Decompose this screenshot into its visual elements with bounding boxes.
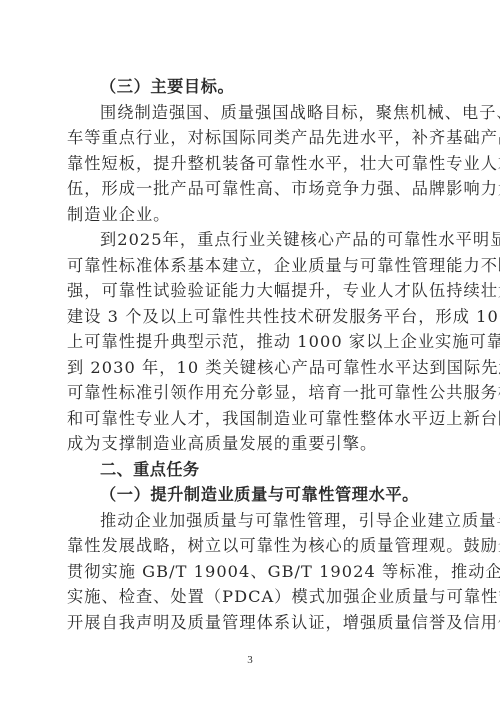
text-line: 伍，形成一批产品可靠性高、市场竞争力强、品牌影响力大的 <box>67 176 433 202</box>
text-line: 到 2030 年，10 类关键核心产品可靠性水平达到国际先进水平， <box>67 355 433 381</box>
text-line: 可靠性标准引领作用充分彰显，培育一批可靠性公共服务机构 <box>67 380 433 406</box>
subsection-heading-quality-management: （一）提升制造业质量与可靠性管理水平。 <box>67 482 433 508</box>
text-line: 成为支撑制造业高质量发展的重要引擎。 <box>67 431 433 457</box>
text-line: 车等重点行业，对标国际同类产品先进水平，补齐基础产品可 <box>67 125 433 151</box>
text-line: 靠性短板，提升整机装备可靠性水平，壮大可靠性专业人才队 <box>67 151 433 177</box>
text-line: 制造业企业。 <box>67 202 433 228</box>
text-line: 建设 3 个及以上可靠性共性技术研发服务平台，形成 100 个以 <box>67 304 433 330</box>
text-line: 上可靠性提升典型示范，推动 1000 家以上企业实施可靠性提升。 <box>67 329 433 355</box>
text-line: 可靠性标准体系基本建立，企业质量与可靠性管理能力不断增 <box>67 253 433 279</box>
paragraph-quality-management: 推动企业加强质量与可靠性管理，引导企业建立质量与可 靠性发展战略，树立以可靠性为… <box>67 508 433 636</box>
text-line: 靠性发展战略，树立以可靠性为核心的质量管理观。鼓励企业 <box>67 533 433 559</box>
text-line: 开展自我声明及质量管理体系认证，增强质量信誉及信用信息 <box>67 610 433 636</box>
paragraph-goals-overview: 围绕制造强国、质量强国战略目标，聚焦机械、电子、汽 车等重点行业，对标国际同类产… <box>67 100 433 228</box>
text-line: 和可靠性专业人才，我国制造业可靠性整体水平迈上新台阶， <box>67 406 433 432</box>
text-line: 强，可靠性试验验证能力大幅提升，专业人才队伍持续壮大。 <box>67 278 433 304</box>
section-heading-main-goals: （三）主要目标。 <box>67 74 433 100</box>
section-heading-key-tasks: 二、重点任务 <box>67 457 433 483</box>
text-line: 推动企业加强质量与可靠性管理，引导企业建立质量与可 <box>67 508 433 534</box>
text-line: 围绕制造强国、质量强国战略目标，聚焦机械、电子、汽 <box>67 100 433 126</box>
document-page: （三）主要目标。 围绕制造强国、质量强国战略目标，聚焦机械、电子、汽 车等重点行… <box>67 74 433 635</box>
text-line: 实施、检查、处置（PDCA）模式加强企业质量与可靠性管理， <box>67 584 433 610</box>
text-line: 到2025年，重点行业关键核心产品的可靠性水平明显提升， <box>67 227 433 253</box>
text-line: 贯彻实施 GB/T 19004、GB/T 19024 等标准，推动企业采用策划、 <box>67 559 433 585</box>
page-number: 3 <box>0 654 500 666</box>
paragraph-targets-2025-2030: 到2025年，重点行业关键核心产品的可靠性水平明显提升， 可靠性标准体系基本建立… <box>67 227 433 457</box>
